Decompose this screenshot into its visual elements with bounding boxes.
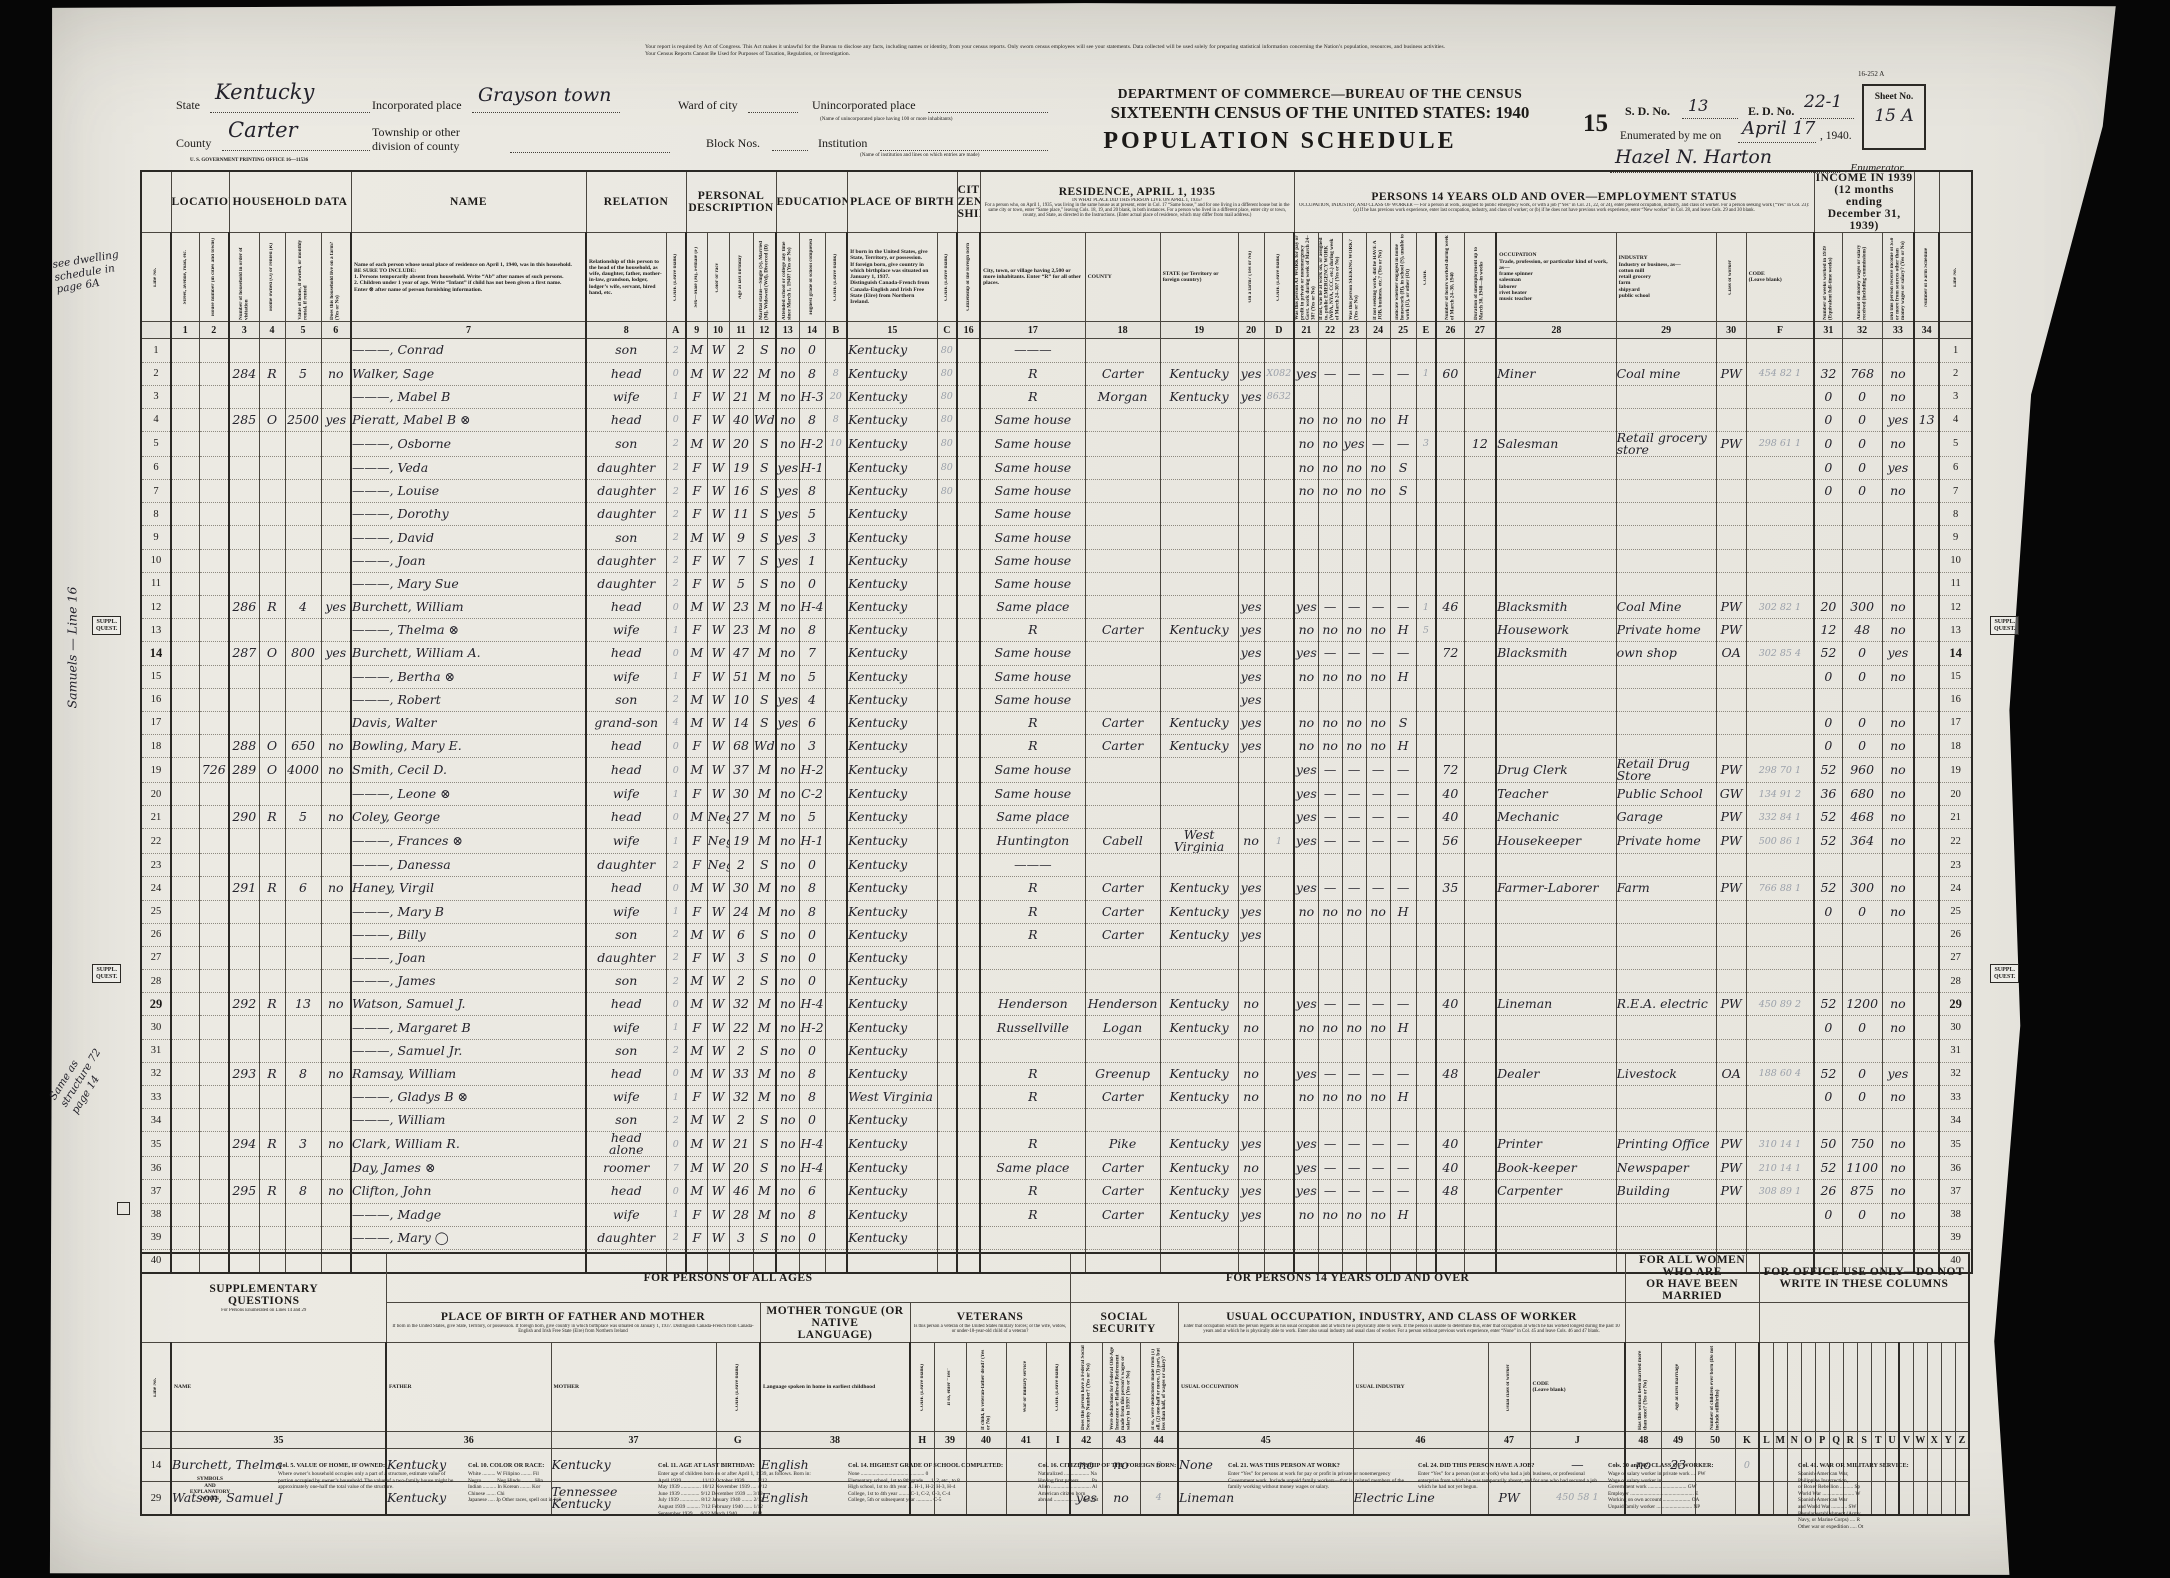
cell-c27 [1464, 408, 1496, 431]
cell-c30 [1716, 480, 1746, 503]
schedule-line-29: 29292R13noWatson, Samuel J.head0MW32MnoH… [141, 993, 1972, 1016]
cell-c17: Same house [980, 456, 1085, 479]
cell-c15: Kentucky [847, 783, 937, 806]
suppl-quest-tag-right-14: SUPPL. QUEST. [1990, 616, 2019, 635]
cell-c11: 40 [729, 408, 753, 431]
cell-c19 [1160, 1109, 1238, 1132]
cell-lnr: 11 [1939, 572, 1972, 595]
cell-c18 [1085, 526, 1160, 549]
cell-c4: O [259, 735, 285, 758]
cell-c18: Carter [1085, 711, 1160, 734]
cell-c14: 0 [799, 1226, 825, 1249]
cell-c8: son [586, 923, 666, 946]
cell-c24 [1366, 503, 1390, 526]
cell-c21 [1294, 970, 1318, 993]
cell-c19: Kentucky [1160, 619, 1238, 642]
cell-lnr: 32 [1939, 1062, 1972, 1085]
schedule-line-3: 3———, Mabel Bwife1FW21MnoH-320Kentucky80… [141, 385, 1972, 408]
cell-c17: Same house [980, 572, 1085, 595]
cell-ln: 9 [141, 526, 171, 549]
cell-c18 [1085, 806, 1160, 829]
cell-c15: Kentucky [847, 665, 937, 688]
incorporated-label: Incorporated place [372, 98, 462, 113]
cell-cB [825, 665, 847, 688]
schedule-line-7: 7———, Louisedaughter2FW16Syes8Kentucky80… [141, 480, 1972, 503]
cell-c1 [171, 711, 199, 734]
cell-c7: ———, Leone ⊗ [351, 783, 586, 806]
cell-c18 [1085, 665, 1160, 688]
cell-c24 [1366, 1109, 1390, 1132]
cell-c13: no [776, 946, 799, 969]
cell-c31: 0 [1814, 735, 1842, 758]
cell-c31 [1814, 854, 1842, 877]
cell-cA: 4 [666, 711, 686, 734]
cell-c23 [1342, 1039, 1366, 1062]
cell-c27 [1464, 1062, 1496, 1085]
cell-c6 [321, 665, 351, 688]
cell-c9: M [686, 1109, 707, 1132]
cell-c5: 650 [285, 735, 321, 758]
cell-c9: M [686, 1039, 707, 1062]
cell-c30 [1716, 923, 1746, 946]
cell-c32: 0 [1842, 665, 1882, 688]
cell-cB [825, 711, 847, 734]
cell-c2 [199, 711, 229, 734]
column-desc-oO [1801, 1343, 1815, 1432]
cell-c15: Kentucky [847, 688, 937, 711]
cell-c24: no [1366, 711, 1390, 734]
cell-ln: 29 [141, 993, 171, 1016]
cell-c28 [1496, 572, 1616, 595]
cell-c9: M [686, 339, 707, 362]
cell-c21: yes [1294, 362, 1318, 385]
cell-c24: no [1366, 735, 1390, 758]
cell-c3: 293 [229, 1062, 259, 1085]
cell-c6 [321, 1086, 351, 1109]
cell-c23 [1342, 526, 1366, 549]
cell-cD [1264, 432, 1294, 457]
cell-cC [937, 1180, 957, 1203]
cell-lnr: 18 [1939, 735, 1972, 758]
cell-c9: F [686, 549, 707, 572]
column-desc-c33: Did this person receive income of $50 or… [1882, 233, 1914, 322]
cell-c17: Same house [980, 642, 1085, 665]
explanatory-note-4: Col. 11. AGE AT LAST BIRTHDAY:Enter age … [658, 1462, 840, 1568]
cell-c6 [321, 783, 351, 806]
column-number-sG: G [716, 1432, 760, 1449]
cell-c7: Burchett, William A. [351, 642, 586, 665]
cell-cA: 1 [666, 1086, 686, 1109]
cell-lnr: 3 [1939, 385, 1972, 408]
cell-c4 [259, 970, 285, 993]
cell-c15: Kentucky [847, 806, 937, 829]
cell-cB [825, 1157, 847, 1180]
block-underline [772, 150, 808, 151]
cell-c27 [1464, 970, 1496, 993]
cell-c16 [957, 1109, 980, 1132]
cell-c29 [1616, 711, 1716, 734]
column-group: MOTHER TONGUE (OR NATIVE LANGUAGE) [760, 1303, 910, 1343]
column-desc-cF: CODE (Leave blank) [1746, 233, 1814, 322]
cell-c12: S [753, 711, 776, 734]
column-desc-c3: Number of household in order of visitati… [229, 233, 259, 322]
cell-c1 [171, 900, 199, 923]
cell-c13: no [776, 595, 799, 618]
cell-c16 [957, 783, 980, 806]
cell-c26 [1436, 339, 1464, 362]
column-desc-c11: Age at last birthday [729, 233, 753, 322]
cell-c9: M [686, 1132, 707, 1157]
column-desc-c20: On a farm? (Yes or No) [1238, 233, 1264, 322]
cell-c16 [957, 503, 980, 526]
column-desc-c49: Age at first marriage [1661, 1343, 1695, 1432]
cell-c25 [1390, 688, 1416, 711]
cell-c21: no [1294, 900, 1318, 923]
cell-c5 [285, 572, 321, 595]
cell-c17: Same place [980, 806, 1085, 829]
cell-c6: no [321, 1180, 351, 1203]
cell-c1 [171, 526, 199, 549]
cell-c5: 4 [285, 595, 321, 618]
cell-c2 [199, 1226, 229, 1249]
cell-c18 [1085, 854, 1160, 877]
cell-c25: H [1390, 619, 1416, 642]
cell-c7: ———, James [351, 970, 586, 993]
cell-c31: 0 [1814, 1086, 1842, 1109]
cell-c27 [1464, 946, 1496, 969]
cell-c13: no [776, 642, 799, 665]
cell-c33 [1882, 572, 1914, 595]
cell-c15: Kentucky [847, 1226, 937, 1249]
cell-lnr: 10 [1939, 549, 1972, 572]
cell-cE: 5 [1416, 619, 1436, 642]
column-number-c23: 23 [1342, 322, 1366, 339]
cell-c33: no [1882, 900, 1914, 923]
cell-c17: Same house [980, 408, 1085, 431]
cell-c6: yes [321, 595, 351, 618]
column-desc-oX [1927, 1343, 1941, 1432]
cell-ln: 38 [141, 1203, 171, 1226]
cell-c13: no [776, 408, 799, 431]
column-group: PLACE OF BIRTH [847, 171, 957, 233]
cell-c16 [957, 946, 980, 969]
cell-cA: 0 [666, 595, 686, 618]
cell-c29: Private home [1616, 829, 1716, 854]
cell-c32 [1842, 339, 1882, 362]
column-desc-c18: COUNTY [1085, 233, 1160, 322]
cell-c18 [1085, 946, 1160, 969]
cell-cB [825, 526, 847, 549]
schedule-line-35: 35294R3noClark, William R.head alone0MW2… [141, 1132, 1972, 1157]
cell-cE [1416, 970, 1436, 993]
cell-c6 [321, 385, 351, 408]
cell-c3 [229, 665, 259, 688]
cell-c13: no [776, 758, 799, 783]
cell-c3 [229, 783, 259, 806]
note-title: Cols. 30 and 47. CLASS OF WORKER: [1608, 1462, 1790, 1469]
cell-c26 [1436, 688, 1464, 711]
column-number-oW: W [1913, 1432, 1927, 1449]
cell-c28 [1496, 923, 1616, 946]
cell-c12: M [753, 877, 776, 900]
column-numbers: 12345678A91011121314B15C1617181920D21222… [141, 322, 1972, 339]
cell-c6 [321, 549, 351, 572]
cell-cF [1746, 854, 1814, 877]
cell-c17: Henderson [980, 993, 1085, 1016]
cell-c7: ———, Joan [351, 549, 586, 572]
cell-c20 [1238, 339, 1264, 362]
cell-c10: W [707, 572, 729, 595]
cell-c10: W [707, 711, 729, 734]
cell-c15: Kentucky [847, 595, 937, 618]
cell-c24: — [1366, 877, 1390, 900]
cell-c12: S [753, 1157, 776, 1180]
cell-cA: 2 [666, 854, 686, 877]
cell-c16 [957, 642, 980, 665]
column-number-sJ: J [1530, 1432, 1625, 1449]
cell-c31: 52 [1814, 1062, 1842, 1085]
column-number-o45: 45 [1178, 1432, 1353, 1449]
cell-c31 [1814, 549, 1842, 572]
cell-c25 [1390, 946, 1416, 969]
column-group: INCOME IN 1939 (12 months ending Decembe… [1814, 171, 1914, 233]
cell-c19 [1160, 432, 1238, 457]
cell-c12: M [753, 1016, 776, 1039]
cell-c24 [1366, 923, 1390, 946]
cell-c1 [171, 688, 199, 711]
cell-c30: PW [1716, 595, 1746, 618]
cell-c26: 40 [1436, 806, 1464, 829]
cell-lnr: 26 [1939, 923, 1972, 946]
column-number-c16: 16 [957, 322, 980, 339]
cell-cF [1746, 688, 1814, 711]
cell-cB [825, 619, 847, 642]
column-number-m37: 37 [551, 1432, 716, 1449]
cell-c13: yes [776, 480, 799, 503]
cell-cD [1264, 1039, 1294, 1062]
cell-c1 [171, 385, 199, 408]
column-number-c10: 10 [707, 322, 729, 339]
cell-c24: no [1366, 1086, 1390, 1109]
cell-c30 [1716, 1109, 1746, 1132]
cell-lnr: 6 [1939, 456, 1972, 479]
cell-c4 [259, 1086, 285, 1109]
cell-c17 [980, 946, 1085, 969]
cell-c10: W [707, 503, 729, 526]
column-number-c8: 8 [586, 322, 666, 339]
column-number-oO: O [1801, 1432, 1815, 1449]
suppl-quest-tag-right-29: SUPPL. QUEST. [1990, 964, 2019, 983]
cell-c16 [957, 711, 980, 734]
cell-c11: 2 [729, 1109, 753, 1132]
cell-c9: F [686, 946, 707, 969]
cell-c23: no [1342, 735, 1366, 758]
cell-c2 [199, 480, 229, 503]
cell-lnr: 27 [1939, 946, 1972, 969]
cell-c11: 10 [729, 688, 753, 711]
cell-c10: W [707, 549, 729, 572]
cell-lnr: 23 [1939, 854, 1972, 877]
cell-lnr: 5 [1939, 432, 1972, 457]
cell-cF [1746, 970, 1814, 993]
cell-lnr: 22 [1939, 829, 1972, 854]
cell-c14: 3 [799, 735, 825, 758]
cell-c34 [1914, 595, 1939, 618]
cell-ln: 20 [141, 783, 171, 806]
cell-c4 [259, 572, 285, 595]
cell-c2 [199, 1086, 229, 1109]
cell-c13: yes [776, 526, 799, 549]
cell-c6 [321, 854, 351, 877]
cell-c10: Neg [707, 806, 729, 829]
cell-c13: no [776, 1203, 799, 1226]
cell-c16 [957, 854, 980, 877]
column-desc-c21: Was this person AT WORK for pay or profi… [1294, 233, 1318, 322]
cell-cB: 10 [825, 432, 847, 457]
cell-c26 [1436, 1109, 1464, 1132]
cell-c28 [1496, 900, 1616, 923]
cell-c2 [199, 1180, 229, 1203]
cell-c17: R [980, 900, 1085, 923]
cell-c31: 52 [1814, 877, 1842, 900]
cell-cB [825, 829, 847, 854]
note-body: SYMBOLS AND EXPLANATORY NOTES [150, 1476, 270, 1502]
cell-c28 [1496, 1226, 1616, 1249]
cell-c11: 3 [729, 1226, 753, 1249]
cell-c14: 6 [799, 711, 825, 734]
cell-cD [1264, 711, 1294, 734]
cell-c11: 19 [729, 456, 753, 479]
cell-c24: — [1366, 1132, 1390, 1157]
cell-c4: R [259, 595, 285, 618]
cell-c28 [1496, 480, 1616, 503]
cell-cD [1264, 923, 1294, 946]
cell-c12: S [753, 549, 776, 572]
cell-c2 [199, 503, 229, 526]
cell-c3 [229, 503, 259, 526]
cell-c23 [1342, 970, 1366, 993]
schedule-line-9: 9———, Davidson2MW9Syes3KentuckySame hous… [141, 526, 1972, 549]
cell-cC: 80 [937, 408, 957, 431]
cell-c16 [957, 456, 980, 479]
cell-cB [825, 1039, 847, 1062]
schedule-line-5: 5———, Osborneson2MW20SnoH-210Kentucky80S… [141, 432, 1972, 457]
cell-c20: yes [1238, 362, 1264, 385]
cell-c15: Kentucky [847, 385, 937, 408]
cell-cD [1264, 503, 1294, 526]
column-number-c22: 22 [1318, 322, 1342, 339]
cell-c23: — [1342, 783, 1366, 806]
cell-c7: ———, David [351, 526, 586, 549]
cell-c16 [957, 549, 980, 572]
cell-c8: wife [586, 829, 666, 854]
cell-ln: 14 [141, 642, 171, 665]
cell-c11: 6 [729, 923, 753, 946]
cell-cB [825, 339, 847, 362]
column-group [1759, 1303, 1969, 1343]
cell-c7: ———, Mary Sue [351, 572, 586, 595]
cell-ln: 8 [141, 503, 171, 526]
cell-c33 [1882, 339, 1914, 362]
cell-c20 [1238, 758, 1264, 783]
cell-c14: 3 [799, 526, 825, 549]
cell-c3: 287 [229, 642, 259, 665]
cell-c34 [1914, 783, 1939, 806]
state-value: Kentucky [215, 80, 314, 104]
header-band-row: PLACE OF BIRTH OF FATHER AND MOTHERIf bo… [141, 1303, 1969, 1343]
cell-c29 [1616, 385, 1716, 408]
cell-c12: M [753, 993, 776, 1016]
cell-c10: W [707, 758, 729, 783]
header-band-row: LOCATIONHOUSEHOLD DATANAMERELATIONPERSON… [141, 171, 1972, 233]
cell-c28 [1496, 503, 1616, 526]
cell-c27 [1464, 1016, 1496, 1039]
column-desc-c7: Name of each person whose usual place of… [351, 233, 586, 322]
cell-c9: F [686, 619, 707, 642]
explanatory-note-5: Col. 14. HIGHEST GRADE OF SCHOOL COMPLET… [848, 1462, 1030, 1568]
cell-c12: S [753, 1039, 776, 1062]
column-number-oY: Y [1941, 1432, 1955, 1449]
cell-c20: no [1238, 1016, 1264, 1039]
column-group: FOR ALL WOMEN WHO ARE OR HAVE BEEN MARRI… [1625, 1253, 1759, 1303]
column-desc-c31: Number of weeks worked in 1939 (Equivale… [1814, 233, 1842, 322]
cell-c10: W [707, 1016, 729, 1039]
cell-c28 [1496, 408, 1616, 431]
schedule-line-13: 13———, Thelma ⊗wife1FW23Mno8KentuckyRCar… [141, 619, 1972, 642]
cell-c19 [1160, 408, 1238, 431]
cell-c32 [1842, 1039, 1882, 1062]
column-desc-t38: Language spoken in home in earliest chil… [760, 1343, 910, 1432]
cell-c9: M [686, 642, 707, 665]
cell-lnr: 29 [1939, 993, 1972, 1016]
cell-c10: W [707, 1157, 729, 1180]
cell-c9: M [686, 970, 707, 993]
cell-c33 [1882, 946, 1914, 969]
cell-c17: R [980, 735, 1085, 758]
cell-c25 [1390, 854, 1416, 877]
cell-c18: Carter [1085, 1086, 1160, 1109]
sheet-label: Sheet No. [1864, 92, 1924, 102]
column-desc-c17: City, town, or village having 2,500 or m… [980, 233, 1085, 322]
cell-c15: Kentucky [847, 362, 937, 385]
column-desc-sI: CODE (Leave blank) [1046, 1343, 1070, 1432]
cell-c14: 0 [799, 854, 825, 877]
column-number-c12: 12 [753, 322, 776, 339]
cell-c1 [171, 946, 199, 969]
column-desc-m37: MOTHER [551, 1343, 716, 1432]
cell-c29 [1616, 665, 1716, 688]
cell-c34 [1914, 456, 1939, 479]
cell-c32 [1842, 854, 1882, 877]
cell-c24 [1366, 339, 1390, 362]
cell-c12: S [753, 1132, 776, 1157]
column-number-c5: 5 [285, 322, 321, 339]
cell-c27 [1464, 854, 1496, 877]
cell-c33: no [1882, 1132, 1914, 1157]
cell-c8: daughter [586, 572, 666, 595]
cell-c24: — [1366, 829, 1390, 854]
cell-c24 [1366, 970, 1390, 993]
cell-c30: PW [1716, 619, 1746, 642]
cell-cC [937, 946, 957, 969]
cell-c18 [1085, 595, 1160, 618]
cell-c14: 8 [799, 1086, 825, 1109]
cell-cB [825, 572, 847, 595]
cell-c34 [1914, 503, 1939, 526]
cell-c21 [1294, 385, 1318, 408]
cell-c13: yes [776, 456, 799, 479]
cell-cA: 2 [666, 526, 686, 549]
